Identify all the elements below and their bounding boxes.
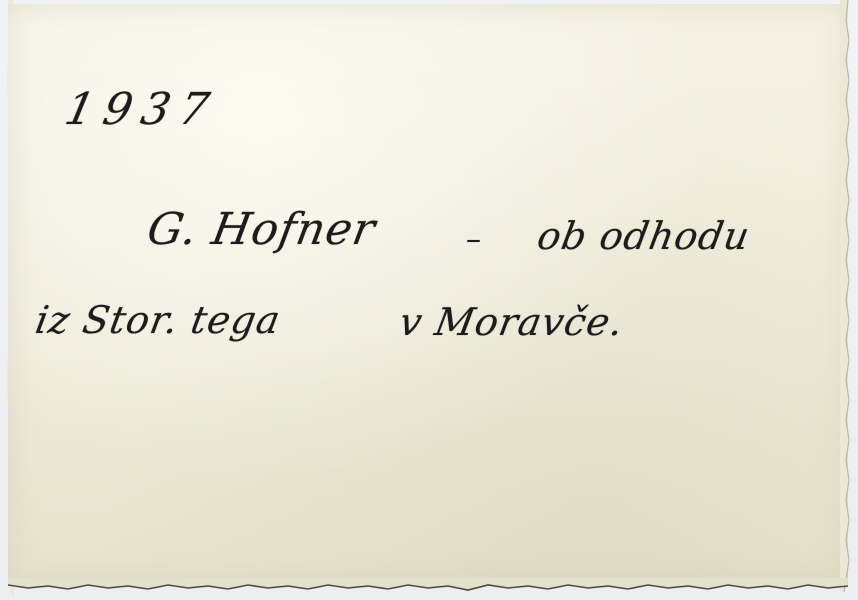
deckled-right-edge (840, 0, 858, 600)
inscription-line2-start: iz Stor. tega (32, 298, 284, 342)
inscription-dash: – (466, 222, 482, 257)
inscription-name: G. Hofner (144, 204, 380, 255)
inscription-line1-rest: ob odhodu (534, 214, 753, 258)
inscription-year: 1937 (61, 84, 224, 135)
photo-scene: 1937 G. Hofner – ob odhodu iz Stor. tega… (0, 0, 858, 600)
inscription-line2-end: v Moravče. (396, 300, 627, 344)
deckled-bottom-edge (8, 578, 848, 592)
